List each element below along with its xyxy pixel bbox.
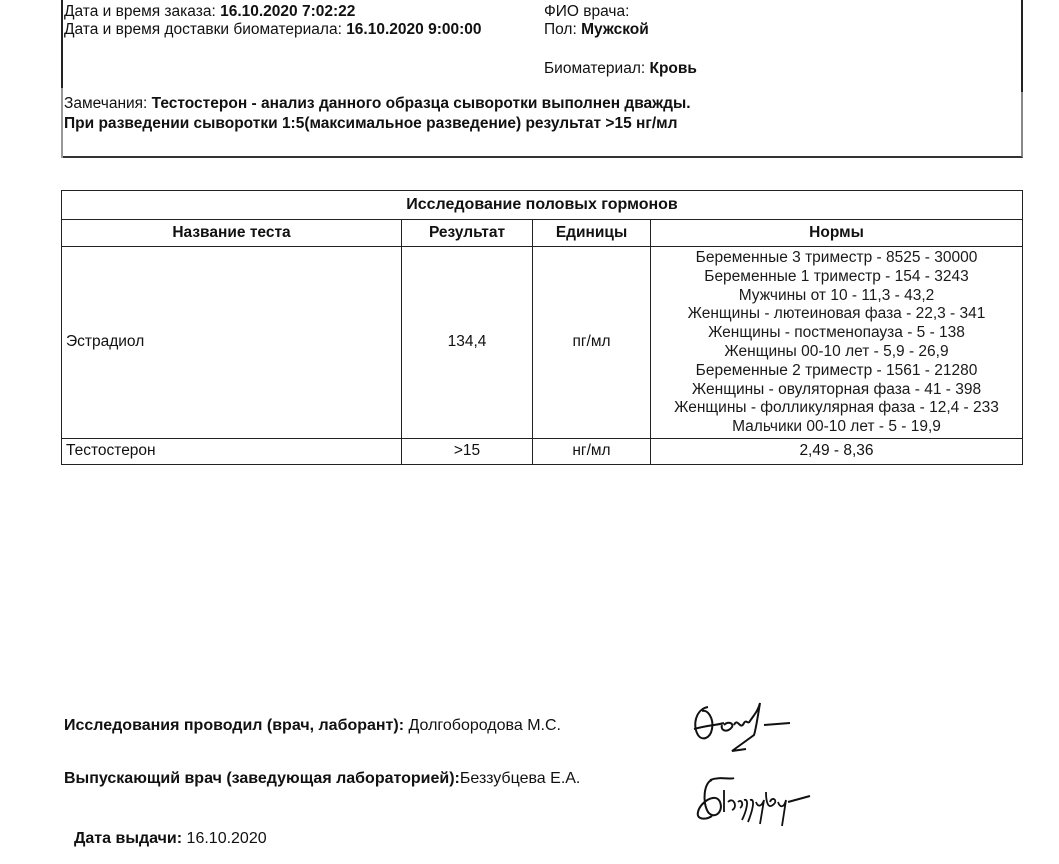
norms-cell: 2,49 - 8,36 [651, 438, 1023, 464]
issue-date-label: Дата выдачи: [74, 830, 182, 847]
norm-entry: Женщины - лютеиновая фаза - 22,3 - 341 [651, 305, 1022, 324]
issue-date-value: 16.10.2020 [187, 830, 267, 847]
test-name-cell: Тестостерон [62, 438, 402, 464]
releasing-value: Беззубцева Е.А. [460, 770, 580, 787]
norm-entry: Женщины - фолликулярная фаза - 12,4 - 23… [651, 399, 1022, 418]
signature-1-icon [688, 695, 808, 765]
results-table: Исследование половых гормонов Название т… [61, 190, 1023, 465]
remarks-line-2: При разведении сыворотки 1:5(максимально… [64, 115, 677, 132]
biomaterial-label: Биоматериал: [544, 60, 645, 77]
norm-entry: Беременные 2 триместр - 1561 - 21280 [651, 362, 1022, 381]
performer-label: Исследования проводил (врач, лаборант): [64, 717, 404, 734]
norms-cell: Беременные 3 триместр - 8525 - 30000Бере… [651, 247, 1023, 439]
sex-value: Мужской [581, 21, 649, 38]
norm-entry: Женщины 00-10 лет - 5,9 - 26,9 [651, 343, 1022, 362]
remarks-continued: При разведении сыворотки 1:5(максимально… [64, 115, 677, 133]
doctor-name: ФИО врача: [544, 3, 629, 21]
norm-entry: Женщины - овуляторная фаза - 41 - 398 [651, 381, 1022, 400]
delivery-datetime-label: Дата и время доставки биоматериала: [64, 21, 342, 38]
norm-entry: Женщины - постменопауза - 5 - 138 [651, 324, 1022, 343]
delivery-datetime: Дата и время доставки биоматериала: 16.1… [64, 21, 482, 39]
sex-label: Пол: [544, 21, 577, 38]
table-row: Тестостерон >15 нг/мл 2,49 - 8,36 [62, 438, 1023, 464]
biomaterial-value: Кровь [650, 60, 697, 77]
doctor-label: ФИО врача: [544, 3, 629, 20]
norm-entry: Мужчины от 10 - 11,3 - 43,2 [651, 287, 1022, 306]
releasing-doctor: Выпускающий врач (заведующая лабораторие… [64, 770, 580, 788]
delivery-datetime-value: 16.10.2020 9:00:00 [346, 21, 481, 38]
norm-entry: Мальчики 00-10 лет - 5 - 19,9 [651, 418, 1022, 437]
remarks: Замечания: Тестостерон - анализ данного … [64, 95, 691, 113]
signature-2-icon [694, 772, 824, 832]
units-cell: пг/мл [533, 247, 651, 439]
patient-sex: Пол: Мужской [544, 21, 649, 39]
performer: Исследования проводил (врач, лаборант): … [64, 717, 561, 735]
units-cell: нг/мл [533, 438, 651, 464]
biomaterial: Биоматериал: Кровь [544, 60, 697, 78]
column-header-units: Единицы [533, 220, 651, 247]
box-border [61, 88, 63, 158]
norm-entry: Беременные 3 триместр - 8525 - 30000 [651, 249, 1022, 268]
order-datetime-label: Дата и время заказа: [64, 3, 216, 20]
test-name-cell: Эстрадиол [62, 247, 402, 439]
column-header-test-name: Название теста [62, 220, 402, 247]
norms-list: Беременные 3 триместр - 8525 - 30000Бере… [651, 247, 1022, 438]
result-cell: >15 [402, 438, 533, 464]
issue-date: Дата выдачи: 16.10.2020 [74, 830, 267, 848]
performer-value: Долгобородова М.С. [409, 717, 561, 734]
releasing-label: Выпускающий врач (заведующая лабораторие… [64, 770, 460, 787]
column-header-norms: Нормы [651, 220, 1023, 247]
remarks-line-1: Тестостерон - анализ данного образца сыв… [152, 95, 691, 112]
column-header-result: Результат [402, 220, 533, 247]
table-title: Исследование половых гормонов [62, 191, 1023, 220]
result-cell: 134,4 [402, 247, 533, 439]
remarks-label: Замечания: [64, 95, 147, 112]
table-row: Эстрадиол 134,4 пг/мл Беременные 3 триме… [62, 247, 1023, 439]
box-border [1021, 0, 1023, 92]
order-datetime-value: 16.10.2020 7:02:22 [220, 3, 355, 20]
order-datetime: Дата и время заказа: 16.10.2020 7:02:22 [64, 3, 355, 21]
norm-entry: Беременные 1 триместр - 154 - 3243 [651, 268, 1022, 287]
